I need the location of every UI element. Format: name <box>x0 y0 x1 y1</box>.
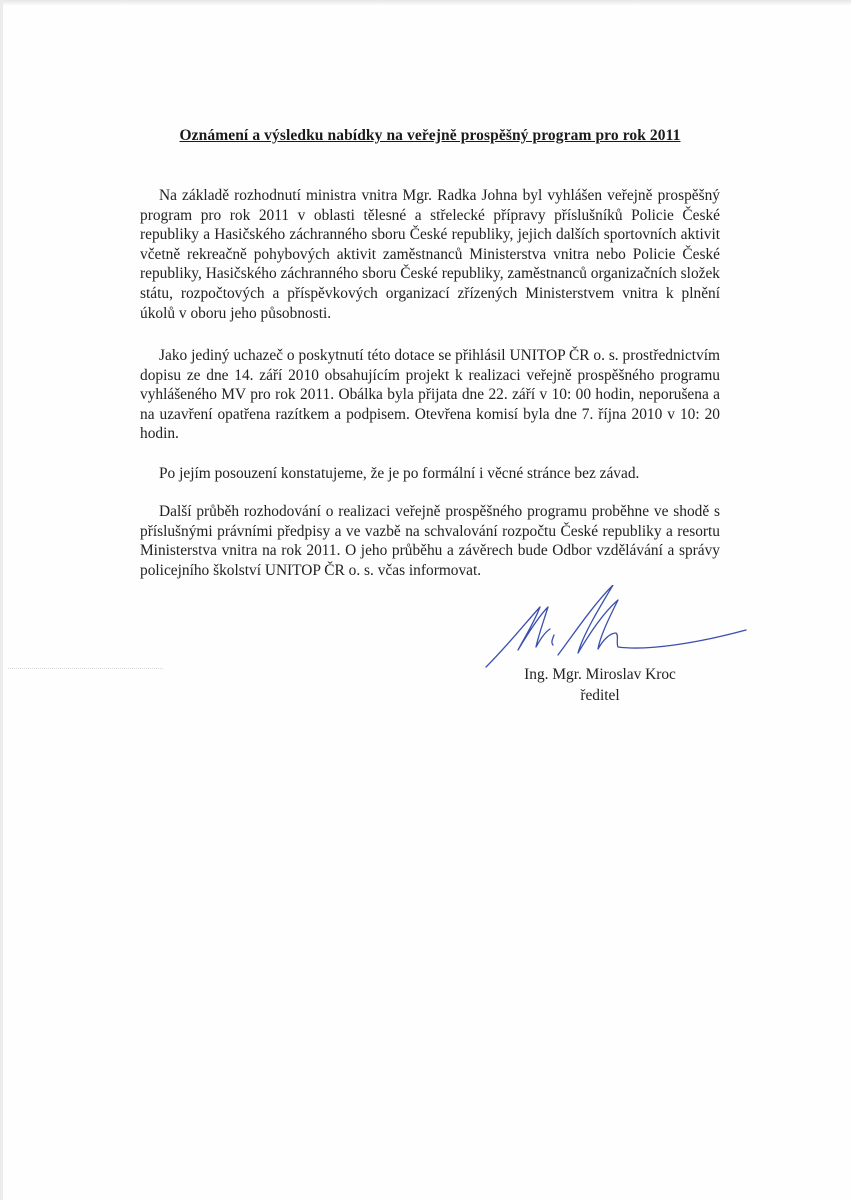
handwritten-signature <box>478 585 758 675</box>
scan-top-shadow <box>0 0 851 6</box>
scan-artifact <box>8 668 163 670</box>
paragraph-assessment: Po jejím posouzení konstatujeme, že je p… <box>140 464 720 484</box>
signer-role: ředitel <box>480 685 720 706</box>
signer-name: Ing. Mgr. Miroslav Kroc <box>480 664 720 685</box>
scanned-page: Oznámení a výsledku nabídky na veřejně p… <box>0 0 851 1200</box>
document-title: Oznámení a výsledku nabídky na veřejně p… <box>140 127 720 145</box>
paragraph-announcement: Na základě rozhodnutí ministra vnitra Mg… <box>140 186 720 323</box>
paragraph-next-steps: Další průběh rozhodování o realizaci veř… <box>140 502 720 580</box>
paragraph-applicant: Jako jediný uchazeč o poskytnutí této do… <box>140 346 720 444</box>
signer-block: Ing. Mgr. Miroslav Kroc ředitel <box>480 664 720 706</box>
scan-left-edge <box>0 0 3 1200</box>
